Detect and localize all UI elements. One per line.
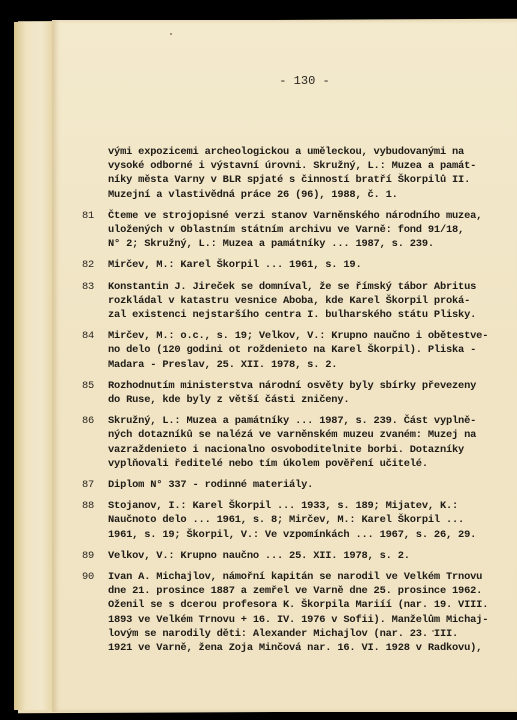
footnote-line: uložených v Oblastním státním archivu ve… (108, 223, 508, 237)
page-stack-edge (14, 22, 54, 710)
footnote-90: 90Ivan A. Michajlov, námořní kapitán se … (108, 570, 508, 655)
footnote-number: 87 (82, 478, 102, 492)
intro-line: Muzejní a vlastivědná práce 26 (96), 198… (108, 188, 508, 202)
footnote-line: Mirčev, M.: Karel Škorpil ... 1961, s. 1… (108, 258, 508, 272)
footnote-line: no delo (120 godini ot roždenieto na Kar… (108, 343, 508, 357)
footnote-87: 87Diplom N° 337 - rodinné materiály. (108, 478, 508, 492)
footnote-82: 82Mirčev, M.: Karel Škorpil ... 1961, s.… (108, 258, 508, 272)
footnote-line: Konstantin J. Jireček se domníval, že se… (108, 280, 508, 294)
footnote-line: Diplom N° 337 - rodinné materiály. (108, 478, 508, 492)
footnote-line: Velkov, V.: Krupno naučno ... 25. XII. 1… (108, 549, 508, 563)
footnote-line: Naučnoto delo ... 1961, s. 8; Mirčev, M.… (108, 513, 508, 527)
intro-paragraph: vými expozicemi archeologickou a uměleck… (108, 145, 508, 202)
footnote-line: Rozhodnutím ministerstva národní osvěty … (108, 379, 508, 393)
footnote-line: Skružný, L.: Muzea a památníky ... 1987,… (108, 414, 508, 428)
footnote-line: vazraždenieto i nacionalno osvoboditelni… (108, 443, 508, 457)
intro-line: vysoké odborné i výstavní úrovni. Skružn… (108, 159, 508, 173)
page-number: - 130 - (52, 74, 517, 88)
footnote-83: 83Konstantin J. Jireček se domníval, že … (108, 280, 508, 323)
footnote-89: 89Velkov, V.: Krupno naučno ... 25. XII.… (108, 549, 508, 563)
footnote-number: 85 (82, 379, 102, 393)
footnotes-body: vými expozicemi archeologickou a uměleck… (108, 145, 508, 662)
footnote-number: 81 (82, 209, 102, 223)
intro-line: níky města Varny v BLR spjaté s činností… (108, 173, 508, 187)
footnote-line: Čteme ve strojopisné verzi stanov Varněn… (108, 209, 508, 223)
footnote-88: 88Stojanov, I.: Karel Škorpil ... 1933, … (108, 499, 508, 542)
footnote-84: 84Mirčev, M.: o.c., s. 19; Velkov, V.: K… (108, 329, 508, 372)
footnote-line: ných dotazníků se nalézá ve varněnském m… (108, 428, 508, 442)
footnote-line: rozkládal v katastru vesnice Aboba, kde … (108, 294, 508, 308)
paper-speck (432, 630, 434, 632)
footnote-line: dne 21. prosince 1887 a zemřel ve Varně … (108, 584, 508, 598)
intro-line: vými expozicemi archeologickou a uměleck… (108, 145, 508, 159)
footnote-line: Madara - Preslav, 25. XII. 1978, s. 2. (108, 358, 508, 372)
footnote-line: zal existenci nejstaršího centra I. bulh… (108, 308, 508, 322)
footnote-number: 82 (82, 258, 102, 272)
footnote-list: 81Čteme ve strojopisné verzi stanov Varn… (108, 209, 508, 655)
footnote-number: 89 (82, 549, 102, 563)
footnote-line: 1921 ve Varně, žena Zoja Minčová nar. 16… (108, 641, 508, 655)
footnote-line: Mirčev, M.: o.c., s. 19; Velkov, V.: Kru… (108, 329, 508, 343)
footnote-line: 1893 ve Velkém Trnovu + 16. IV. 1976 v S… (108, 613, 508, 627)
footnote-number: 84 (82, 329, 102, 343)
footnote-line: Ivan A. Michajlov, námořní kapitán se na… (108, 570, 508, 584)
footnote-86: 86Skružný, L.: Muzea a památníky ... 198… (108, 414, 508, 471)
footnote-number: 83 (82, 280, 102, 294)
footnote-line: Oženil se s dcerou profesora K. Škorpila… (108, 598, 508, 612)
footnote-number: 90 (82, 570, 102, 584)
footnote-85: 85Rozhodnutím ministerstva národní osvět… (108, 379, 508, 407)
footnote-line: 1961, s. 19; Škorpil, V.: Ve vzpomínkách… (108, 528, 508, 542)
footnote-line: do Ruse, kde byly z větší části zničeny. (108, 393, 508, 407)
footnote-number: 88 (82, 499, 102, 513)
footnote-line: Stojanov, I.: Karel Škorpil ... 1933, s.… (108, 499, 508, 513)
footnote-number: 86 (82, 414, 102, 428)
footnote-line: vyplňovali ředitelé nebo tím úkolem pově… (108, 457, 508, 471)
document-page: - 130 - vými expozicemi archeologickou a… (52, 20, 517, 712)
footnote-81: 81Čteme ve strojopisné verzi stanov Varn… (108, 209, 508, 252)
footnote-line: N° 2; Skružný, L.: Muzea a památníky ...… (108, 237, 508, 251)
footnote-line: lovým se narodily děti: Alexander Michaj… (108, 627, 508, 641)
paper-speck (170, 33, 172, 35)
